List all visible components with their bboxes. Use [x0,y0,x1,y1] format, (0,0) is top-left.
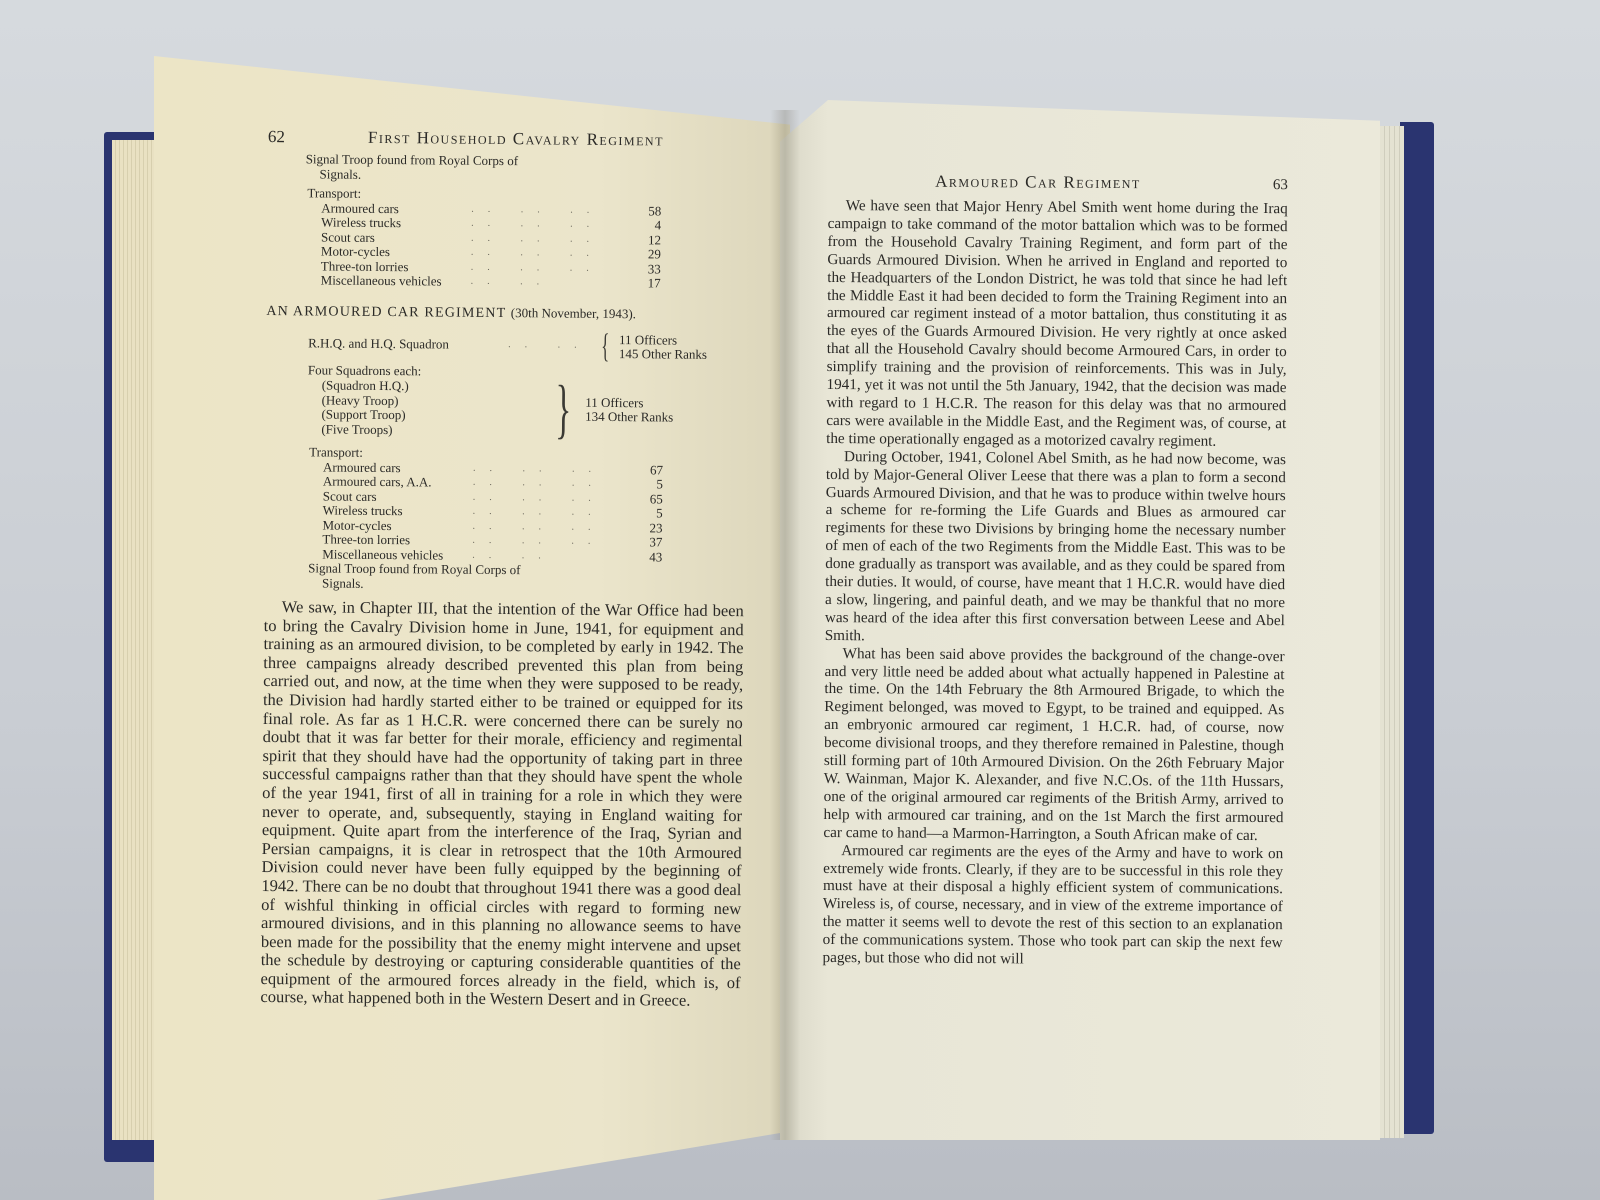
brace-icon: } [555,380,571,440]
left-page-header: 62 First Household Cavalry Regiment [268,128,748,150]
transport-table-2: Armoured cars.. .. ..67 Armoured cars, A… [264,459,745,565]
body-paragraph: Armoured car regiments are the eyes of t… [822,842,1283,971]
establishment-list-1: Signal Troop found from Royal Corps of S… [267,152,748,292]
brace-icon: { [601,331,609,361]
establishment-list-2: R.H.Q. and H.Q. Squadron .. .. { 11 Offi… [264,328,746,594]
running-head-left: First Household Cavalry Regiment [368,129,664,150]
right-page-content: Armoured Car Regiment 63 We have seen th… [822,172,1288,970]
left-page-content: 62 First Household Cavalry Regiment Sign… [260,128,748,1011]
body-paragraph: What has been said above provides the ba… [823,645,1284,845]
right-page-header: Armoured Car Regiment 63 [828,172,1288,194]
transport-row: Miscellaneous vehicles.. ..17 [321,273,661,290]
running-head-right: Armoured Car Regiment [828,172,1248,193]
rhq-row: R.H.Q. and H.Q. Squadron .. .. { 11 Offi… [266,328,746,362]
book-gutter [770,110,800,1140]
body-paragraph: We have seen that Major Henry Abel Smith… [826,197,1288,451]
transport-table-1: Armoured cars.. .. ..58 Wireless trucks.… [267,200,748,291]
book-cover-right [1400,122,1434,1134]
body-paragraph: During October, 1941, Colonel Abel Smith… [825,448,1286,648]
page-number-right: 63 [1248,176,1288,194]
section-heading: AN ARMOURED CAR REGIMENT (30th November,… [266,301,746,324]
page-number-left: 62 [268,128,368,147]
section-date: (30th November, 1943). [511,305,636,321]
body-paragraph: We saw, in Chapter III, that the intenti… [260,598,744,1011]
squadron-items: (Squadron H.Q.) (Heavy Troop) (Support T… [265,377,746,441]
